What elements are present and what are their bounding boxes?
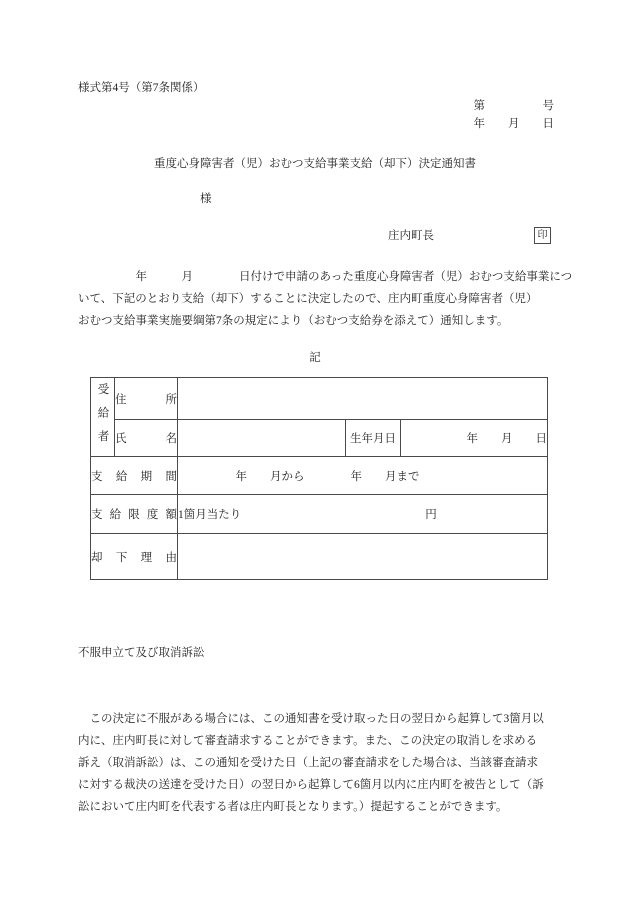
rejection-value-cell — [178, 534, 548, 580]
document-title: 重度心身障害者（児）おむつ支給事業支給（却下）決定通知書 — [0, 157, 630, 171]
birthdate-value-cell: 年 月 日 — [401, 420, 548, 457]
document-number-line: 第 号 — [474, 99, 555, 113]
period-value-cell: 年 月から 年 月まで — [178, 457, 548, 495]
issue-date-line: 年 月 日 — [474, 117, 555, 131]
appeal-section: 不服申立て及び取消訴訟 この決定に不服がある場合には、この通知書を受け取った日の… — [78, 598, 578, 862]
appeal-heading: 不服申立て及び取消訴訟 — [78, 642, 578, 664]
decision-table: 受給者 住所 氏名 生年月日 年 月 日 支給期間 年 月から 年 月まで 支給… — [90, 377, 548, 580]
table-row-period: 支給期間 年 月から 年 月まで — [91, 457, 548, 495]
stamp-box: 印 — [534, 227, 551, 244]
table-row-address: 受給者 住所 — [91, 378, 548, 420]
form-number: 様式第4号（第7条関係） — [78, 81, 205, 95]
table-row-rejection: 却下理由 — [91, 534, 548, 580]
recipient-group-cell: 受給者 — [91, 378, 115, 457]
period-label: 支給期間 — [91, 457, 178, 495]
rejection-label: 却下理由 — [91, 534, 178, 580]
name-label: 氏名 — [115, 420, 178, 457]
recipient-group-label: 受給者 — [96, 380, 110, 454]
address-value-cell — [178, 378, 548, 420]
issuer-name: 庄内町長 — [388, 229, 434, 243]
name-value-cell — [178, 420, 346, 457]
limit-value-cell: 1箇月当たり 円 — [178, 495, 548, 534]
birthdate-label: 生年月日 — [346, 420, 401, 457]
recipient-honorific: 様 — [200, 192, 212, 206]
table-row-limit: 支給限度額 1箇月当たり 円 — [91, 495, 548, 534]
limit-label: 支給限度額 — [91, 495, 178, 534]
list-marker: 記 — [0, 347, 630, 369]
body-paragraph: 年 月 日付けで申請のあった重度心身障害者（児）おむつ支給事業につ いて、下記の… — [78, 266, 578, 332]
table-row-name: 氏名 生年月日 年 月 日 — [91, 420, 548, 457]
address-label: 住所 — [115, 378, 178, 420]
decision-notice-document: 様式第4号（第7条関係） 第 号 年 月 日 重度心身障害者（児）おむつ支給事業… — [0, 0, 630, 903]
appeal-text: この決定に不服がある場合には、この通知書を受け取った日の翌日から起算して3箇月以… — [78, 708, 578, 818]
